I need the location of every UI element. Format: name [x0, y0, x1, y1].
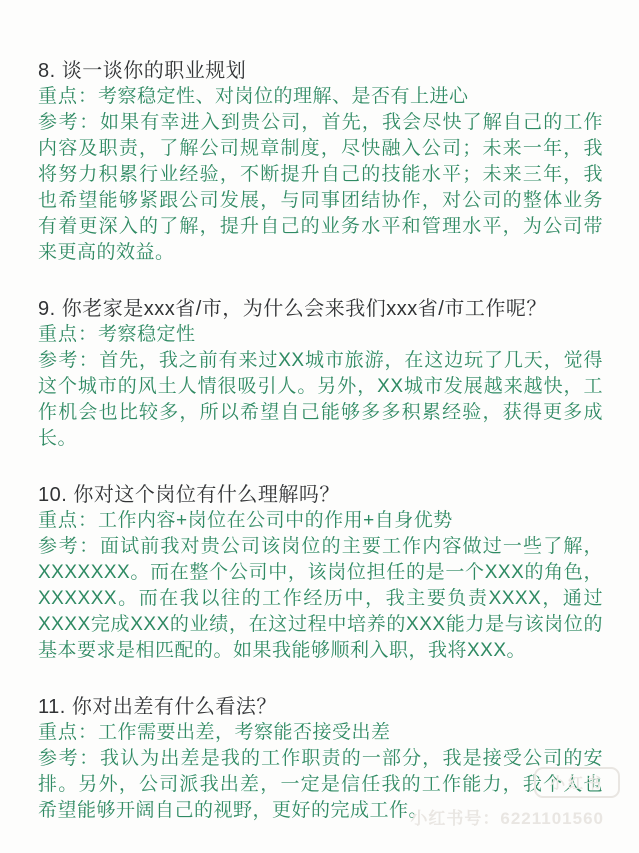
focus-label: 重点： — [38, 722, 98, 743]
answer-label: 参考： — [38, 536, 100, 557]
question-answer: 参考：首先，我之前有来过XX城市旅游，在这边玩了几天，觉得这个城市的风土人情很吸… — [38, 348, 603, 452]
focus-label: 重点： — [38, 86, 98, 107]
focus-text: 考察稳定性、对岗位的理解、是否有上进心 — [98, 86, 469, 107]
question-answer: 参考：面试前我对贵公司该岗位的主要工作内容做过一些了解，XXXXXXX。而在整个… — [38, 534, 603, 664]
question-answer: 参考：如果有幸进入到贵公司，首先，我会尽快了解自己的工作内容及职责，了解公司规章… — [38, 110, 603, 266]
question-answer: 参考：我认为出差是我的工作职责的一部分，我是接受公司的安排。另外，公司派我出差，… — [38, 746, 603, 824]
question-focus: 重点：考察稳定性 — [38, 322, 603, 348]
answer-label: 参考： — [38, 112, 100, 133]
answer-text: 我认为出差是我的工作职责的一部分，我是接受公司的安排。另外，公司派我出差，一定是… — [38, 748, 603, 821]
focus-text: 工作需要出差，考察能否接受出差 — [98, 722, 391, 743]
question-focus: 重点：工作需要出差，考察能否接受出差 — [38, 720, 603, 746]
answer-text: 面试前我对贵公司该岗位的主要工作内容做过一些了解，XXXXXXX。而在整个公司中… — [38, 536, 603, 661]
focus-text: 考察稳定性 — [98, 324, 196, 345]
qa-section-q8: 8. 谈一谈你的职业规划 重点：考察稳定性、对岗位的理解、是否有上进心 参考：如… — [38, 58, 603, 266]
qa-section-q11: 11. 你对出差有什么看法？ 重点：工作需要出差，考察能否接受出差 参考：我认为… — [38, 694, 603, 824]
question-focus: 重点：工作内容+岗位在公司中的作用+自身优势 — [38, 508, 603, 534]
focus-text: 工作内容+岗位在公司中的作用+自身优势 — [98, 510, 453, 531]
question-title: 11. 你对出差有什么看法？ — [38, 694, 603, 720]
question-title: 9. 你老家是xxx省/市，为什么会来我们xxx省/市工作呢？ — [38, 296, 603, 322]
interview-qa-page: 8. 谈一谈你的职业规划 重点：考察稳定性、对岗位的理解、是否有上进心 参考：如… — [0, 0, 639, 853]
question-title: 10. 你对这个岗位有什么理解吗？ — [38, 482, 603, 508]
qa-section-q9: 9. 你老家是xxx省/市，为什么会来我们xxx省/市工作呢？ 重点：考察稳定性… — [38, 296, 603, 452]
question-title: 8. 谈一谈你的职业规划 — [38, 58, 603, 84]
answer-text: 如果有幸进入到贵公司，首先，我会尽快了解自己的工作内容及职责，了解公司规章制度，… — [38, 112, 603, 263]
answer-text: 首先，我之前有来过XX城市旅游，在这边玩了几天，觉得这个城市的风土人情很吸引人。… — [38, 350, 603, 449]
focus-label: 重点： — [38, 510, 98, 531]
focus-label: 重点： — [38, 324, 98, 345]
qa-section-q10: 10. 你对这个岗位有什么理解吗？ 重点：工作内容+岗位在公司中的作用+自身优势… — [38, 482, 603, 664]
question-focus: 重点：考察稳定性、对岗位的理解、是否有上进心 — [38, 84, 603, 110]
answer-label: 参考： — [38, 350, 99, 371]
answer-label: 参考： — [38, 748, 100, 769]
